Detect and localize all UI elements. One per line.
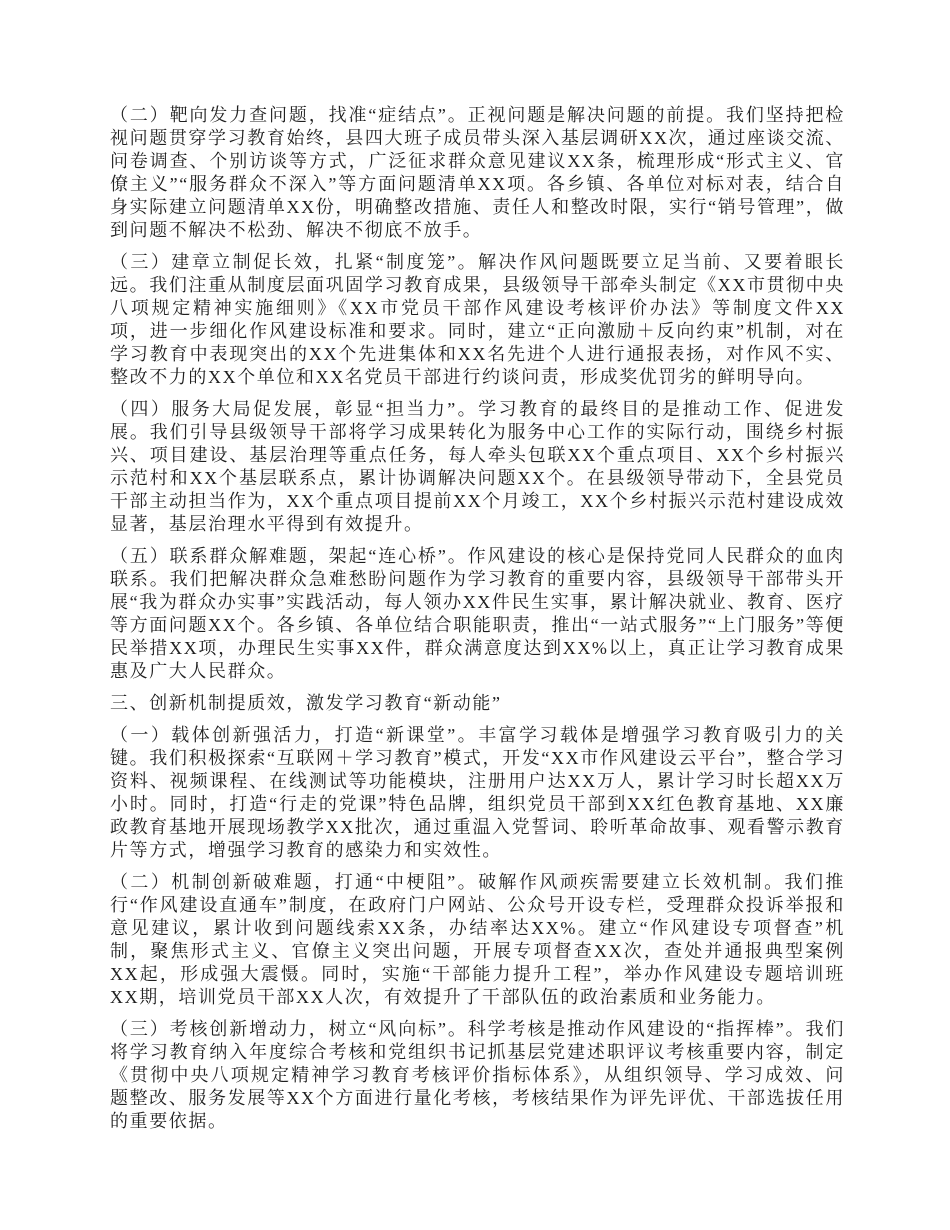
body-paragraph-3: （三）建章立制促长效，扎紧“制度笼”。解决作风问题既要立足当前、又要着眼长远。我… (110, 251, 845, 389)
document-page: （二）靶向发力查问题，找准“症结点”。正视问题是解决问题的前提。我们坚持把检视问… (0, 0, 950, 1230)
body-paragraph-2: （二）靶向发力查问题，找准“症结点”。正视问题是解决问题的前提。我们坚持把检视问… (110, 104, 845, 242)
body-paragraph-3-3: （三）考核创新增动力，树立“风向标”。科学考核是推动作风建设的“指挥棒”。我们将… (110, 1018, 845, 1133)
body-paragraph-3-2: （二）机制创新破难题，打通“中梗阻”。破解作风顽疾需要建立长效机制。我们推行“作… (110, 871, 845, 1009)
body-paragraph-5: （五）联系群众解难题，架起“连心桥”。作风建设的核心是保持党同人民群众的血肉联系… (110, 545, 845, 683)
document-content: （二）靶向发力查问题，找准“症结点”。正视问题是解决问题的前提。我们坚持把检视问… (110, 104, 845, 1142)
section-heading-3: 三、创新机制提质效，激发学习教育“新动能” (110, 692, 845, 715)
body-paragraph-3-1: （一）载体创新强活力，打造“新课堂”。丰富学习载体是增强学习教育吸引力的关键。我… (110, 724, 845, 862)
body-paragraph-4: （四）服务大局促发展，彰显“担当力”。学习教育的最终目的是推动工作、促进发展。我… (110, 398, 845, 536)
